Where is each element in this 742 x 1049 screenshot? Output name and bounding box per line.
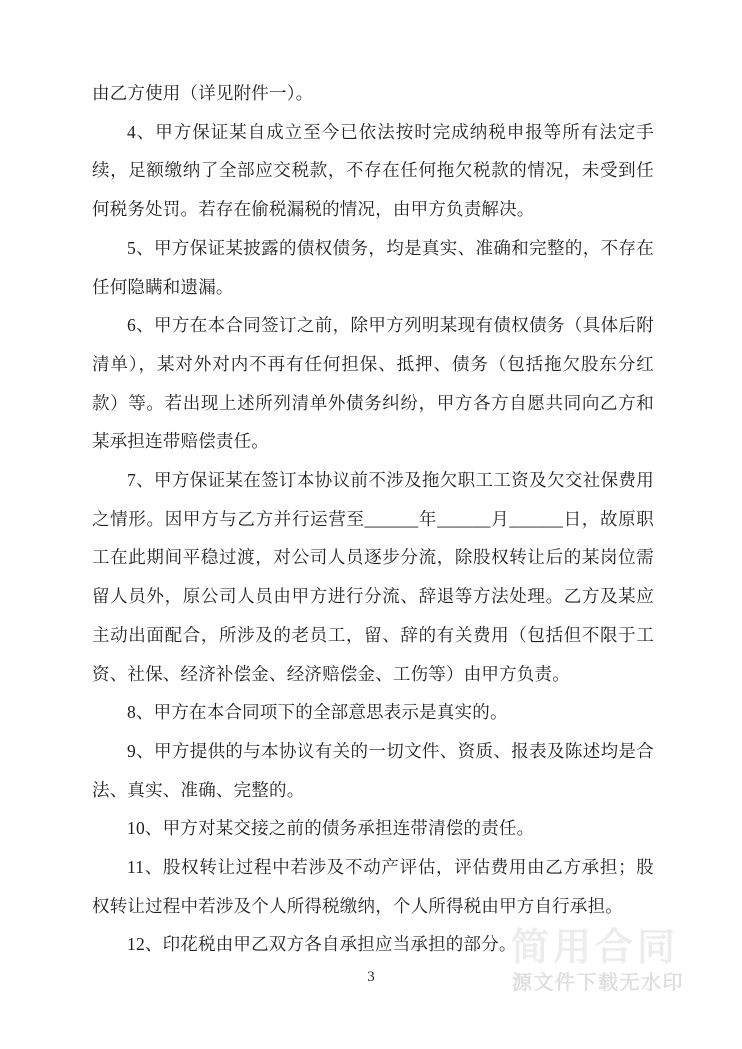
contract-document-page: 由乙方使用（详见附件一）。4、甲方保证某自成立至今已依法按时完成纳税申报等所有法… <box>0 0 742 1049</box>
paragraph: 9、甲方提供的与本协议有关的一切文件、资质、报表及陈述均是合法、真实、准确、完整… <box>92 732 654 809</box>
paragraph: 由乙方使用（详见附件一）。 <box>92 74 654 113</box>
page-number: 3 <box>0 969 742 986</box>
paragraph: 6、甲方在本合同签订之前，除甲方列明某现有债权债务（具体后附清单），某对外对内不… <box>92 306 654 461</box>
paragraph: 5、甲方保证某披露的债权债务，均是真实、准确和完整的，不存在任何隐瞒和遗漏。 <box>92 229 654 306</box>
paragraph: 8、甲方在本合同项下的全部意思表示是真实的。 <box>92 693 654 732</box>
paragraph: 10、甲方对某交接之前的债务承担连带清偿的责任。 <box>92 809 654 848</box>
paragraph: 7、甲方保证某在签订本协议前不涉及拖欠职工工资及欠交社保费用之情形。因甲方与乙方… <box>92 461 654 693</box>
watermark-logo-text: 简用合同 <box>511 916 679 971</box>
paragraph: 11、股权转让过程中若涉及不动产评估，评估费用由乙方承担；股权转让过程中若涉及个… <box>92 848 654 925</box>
paragraph: 4、甲方保证某自成立至今已依法按时完成纳税申报等所有法定手续，足额缴纳了全部应交… <box>92 113 654 229</box>
document-body: 由乙方使用（详见附件一）。4、甲方保证某自成立至今已依法按时完成纳税申报等所有法… <box>92 74 654 964</box>
